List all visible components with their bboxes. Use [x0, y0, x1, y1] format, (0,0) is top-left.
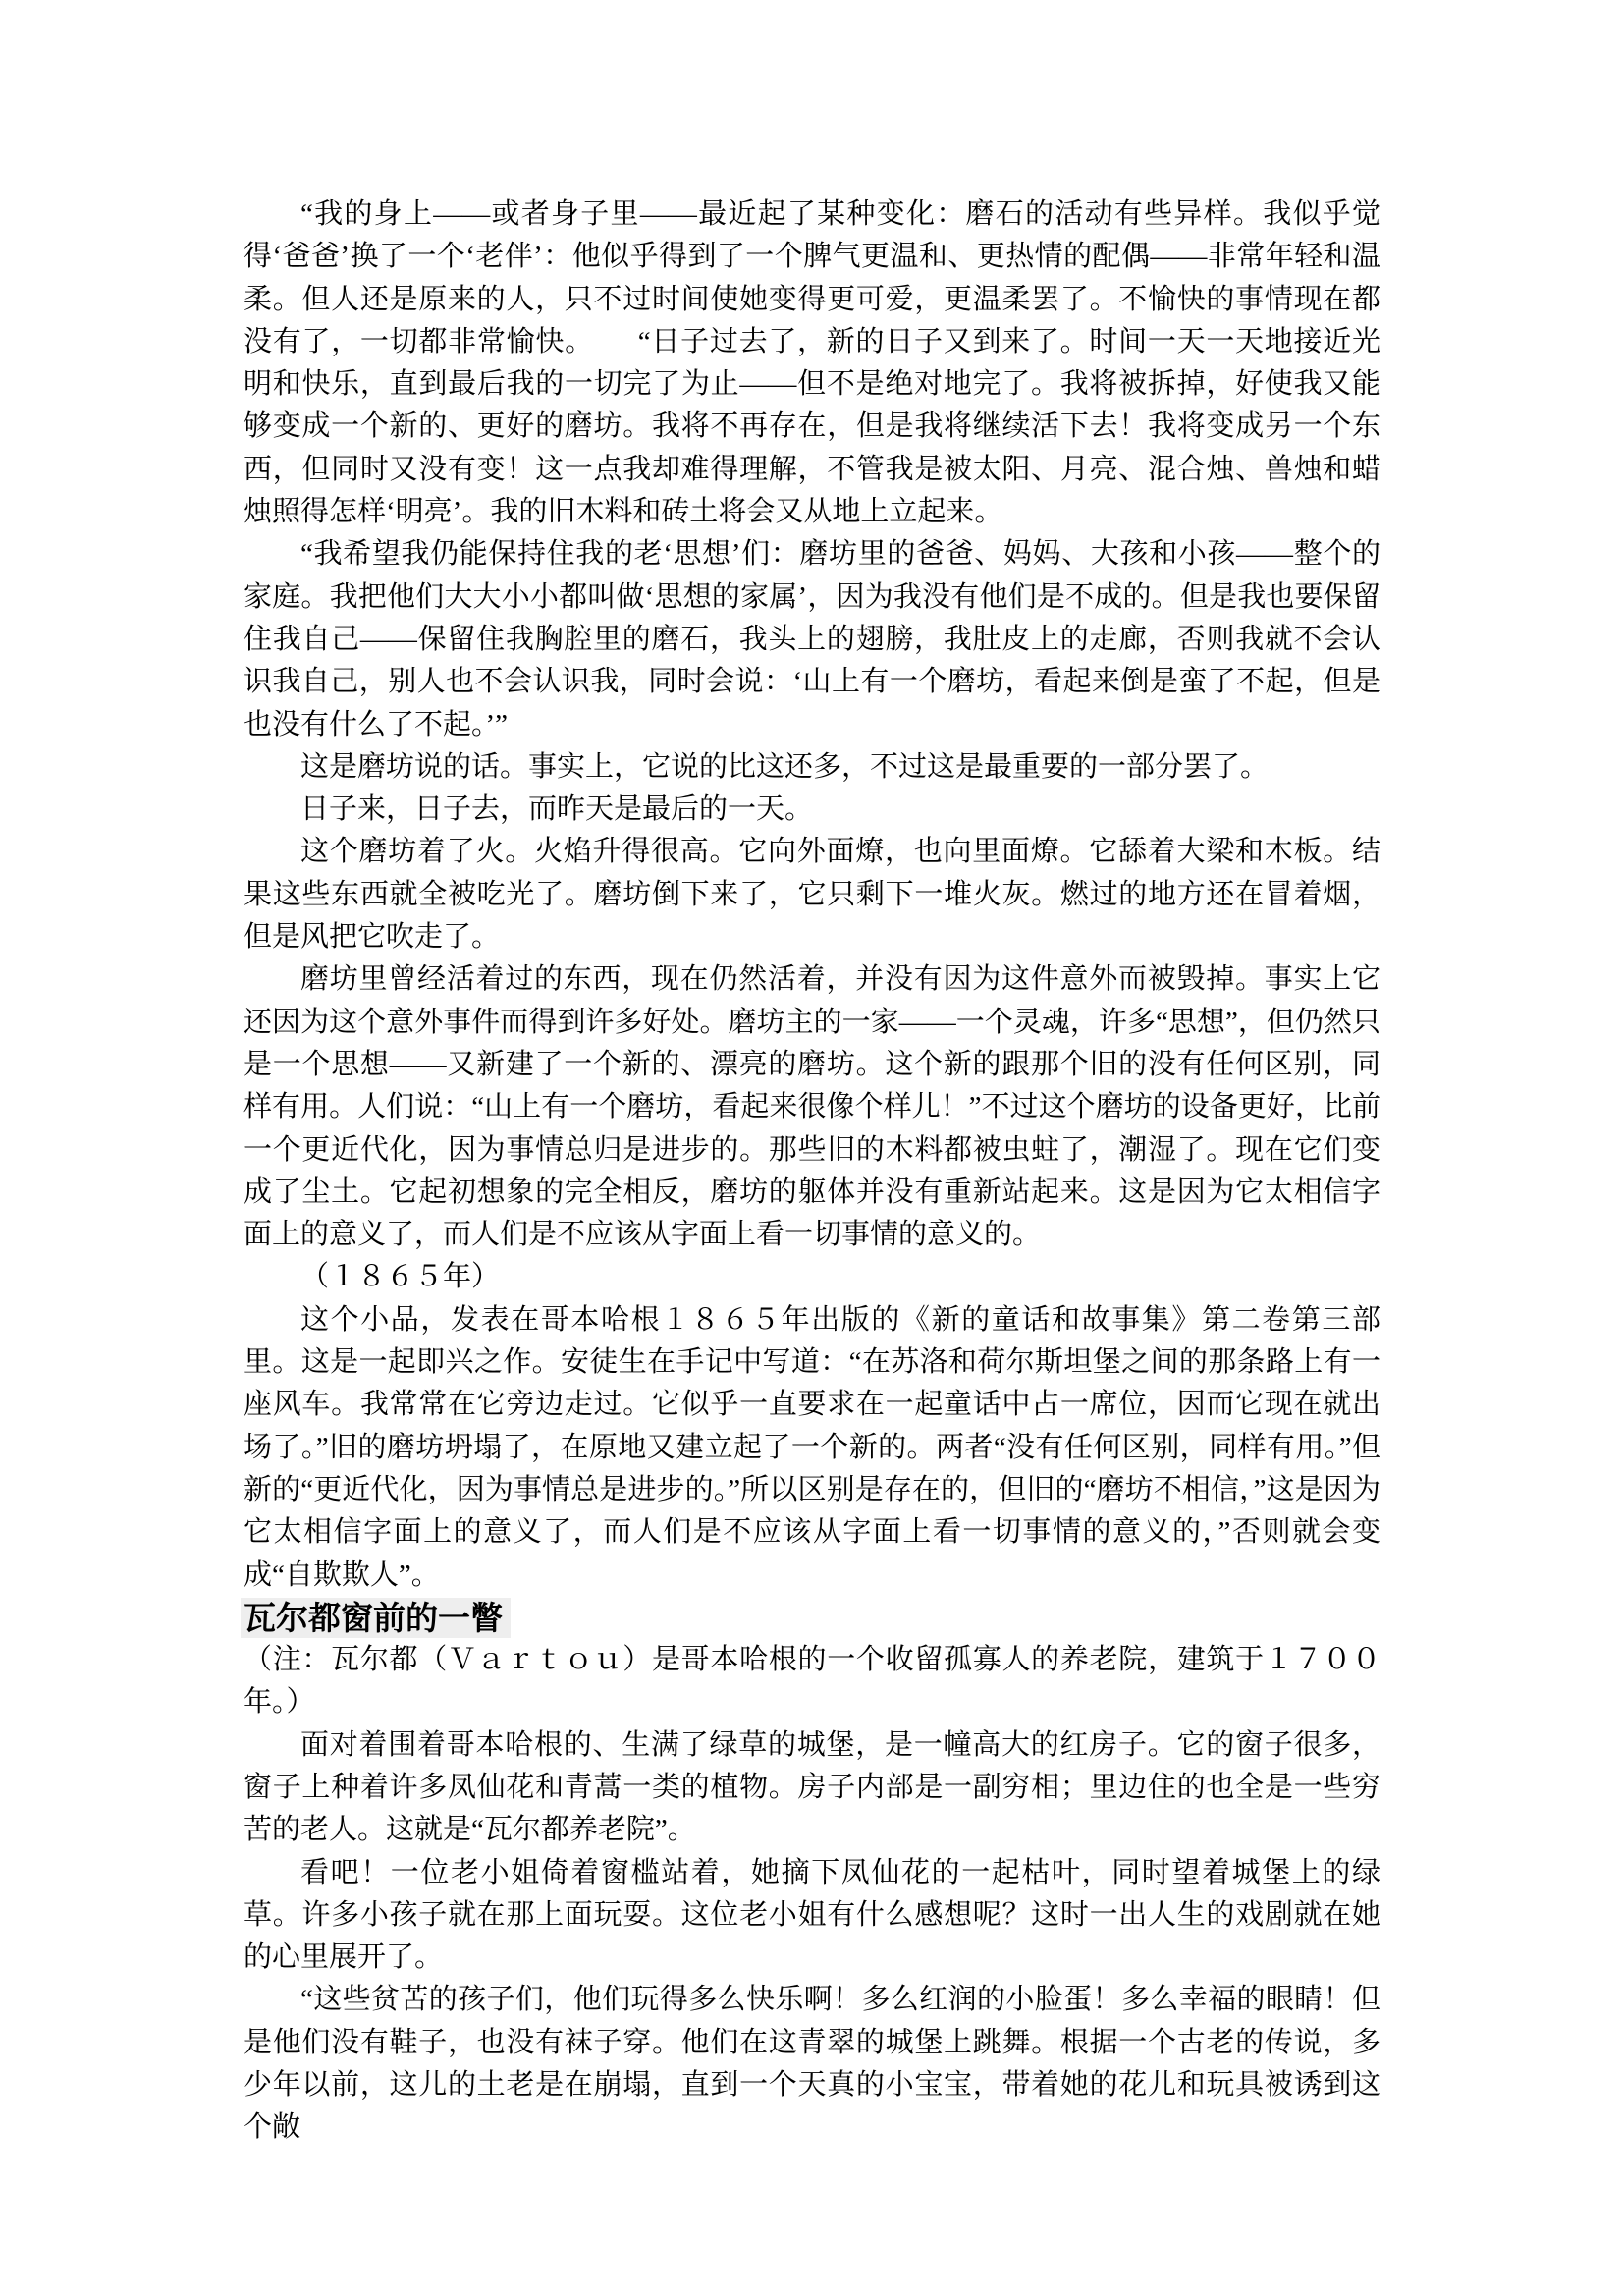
- text-block: “我的身上——或者身子里——最近起了某种变化：磨石的活动有些异样。我似乎觉得‘爸…: [243, 193, 1380, 2150]
- windmill-year-line: （１８６５年）: [243, 1256, 1380, 1298]
- section-heading: 瓦尔都窗前的一瞥: [243, 1597, 1380, 1639]
- vartou-paragraph: 看吧！一位老小姐倚着窗槛站着，她摘下凤仙花的一起枯叶，同时望着城堡上的绿草。许多…: [243, 1852, 1380, 1980]
- windmill-paragraph: “我希望我仍能保持住我的老‘思想’们：磨坊里的爸爸、妈妈、大孩和小孩——整个的家…: [243, 533, 1380, 745]
- document-page: “我的身上——或者身子里——最近起了某种变化：磨石的活动有些异样。我似乎觉得‘爸…: [0, 0, 1623, 2296]
- windmill-paragraph: 日子来，日子去，而昨天是最后的一天。: [243, 789, 1380, 831]
- windmill-paragraph: 这个磨坊着了火。火焰升得很高。它向外面燎，也向里面燎。它舔着大梁和木板。结果这些…: [243, 831, 1380, 958]
- windmill-paragraph: “我的身上——或者身子里——最近起了某种变化：磨石的活动有些异样。我似乎觉得‘爸…: [243, 193, 1380, 533]
- vartou-paragraph: 面对着围着哥本哈根的、生满了绿草的城堡，是一幢高大的红房子。它的窗子很多，窗子上…: [243, 1724, 1380, 1852]
- section-heading-text: 瓦尔都窗前的一瞥: [241, 1598, 511, 1638]
- windmill-paragraph: 磨坊里曾经活着过的东西，现在仍然活着，并没有因为这件意外而被毁掉。事实上它还因为…: [243, 958, 1380, 1256]
- vartou-note-paragraph: （注：瓦尔都（Ｖａｒｔｏｕ）是哥本哈根的一个收留孤寡人的养老院，建筑于１７００年…: [243, 1639, 1380, 1724]
- windmill-commentary-paragraph: 这个小品，发表在哥本哈根１８６５年出版的《新的童话和故事集》第二卷第三部里。这是…: [243, 1299, 1380, 1597]
- windmill-paragraph: 这是磨坊说的话。事实上，它说的比这还多，不过这是最重要的一部分罢了。: [243, 746, 1380, 789]
- vartou-paragraph: “这些贫苦的孩子们，他们玩得多么快乐啊！多么红润的小脸蛋！多么幸福的眼睛！但是他…: [243, 1979, 1380, 2149]
